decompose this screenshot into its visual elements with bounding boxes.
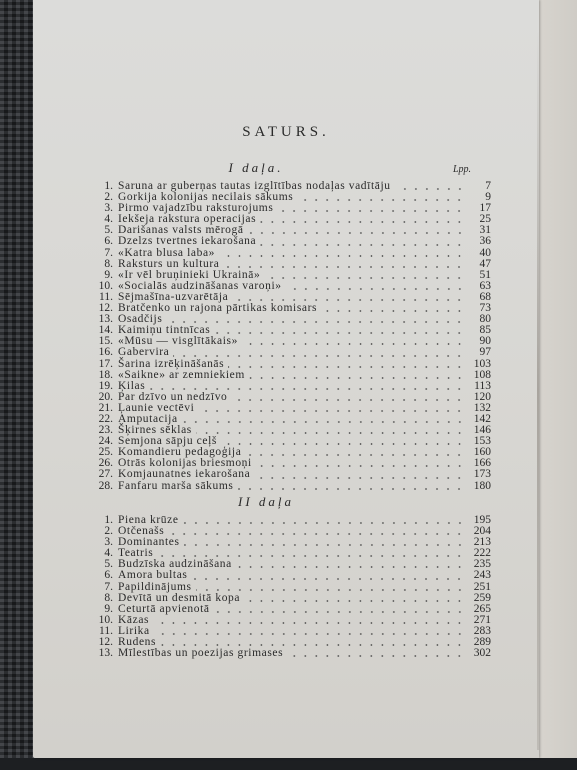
dot-leader	[173, 355, 465, 357]
toc-entry: 10.Kāzas271	[91, 615, 491, 626]
toc-entry: 6.Dzelzs tvertnes iekarošana36	[91, 236, 491, 247]
dot-leader	[168, 533, 465, 535]
dot-leader	[256, 465, 465, 467]
dot-leader	[154, 633, 465, 635]
dot-leader	[286, 288, 465, 290]
toc-entry: 6.Amora bultas243	[91, 570, 491, 581]
dot-leader	[221, 443, 465, 445]
dot-leader	[157, 555, 465, 557]
dot-leader	[244, 600, 465, 602]
dot-leader	[277, 210, 465, 212]
entry-number: 13.	[91, 648, 118, 659]
entry-title: «Katra blusa laba»	[118, 248, 215, 259]
entry-number: 6.	[91, 570, 118, 581]
part-1-toc-list: 1.Saruna ar guberņas tautas izglītības n…	[91, 181, 491, 492]
entry-page-number: 302	[469, 648, 491, 659]
entry-title: Fanfaru marša sākums	[118, 481, 233, 492]
dot-leader	[160, 644, 465, 646]
dot-leader	[184, 544, 465, 546]
part-2-heading: II daļa	[13, 494, 519, 510]
dot-leader	[191, 578, 465, 580]
entry-title: Dzelzs tvertnes iekarošana	[118, 236, 256, 247]
dot-leader	[182, 421, 465, 423]
dot-leader	[149, 388, 465, 390]
toc-entry: 17.Šarina izrēķināšanās103	[91, 359, 491, 370]
dot-leader	[236, 566, 465, 568]
dot-leader	[183, 522, 465, 524]
dot-leader	[153, 622, 465, 624]
entry-title: Papildinājums	[118, 582, 192, 593]
dot-leader	[254, 477, 465, 479]
entry-number: 16.	[91, 347, 118, 358]
entry-title: Mīlestības un poezijas grimases	[118, 648, 283, 659]
toc-entry: 13.Mīlestības un poezijas grimases302	[91, 648, 491, 659]
dot-leader	[248, 232, 465, 234]
entry-title: Gabervira	[118, 347, 169, 358]
dot-leader	[214, 332, 465, 334]
entry-page-number: 173	[469, 469, 491, 480]
dot-leader	[166, 321, 465, 323]
entry-number: 7.	[91, 582, 118, 593]
dot-leader	[198, 410, 465, 412]
toc-entry: 18.«Saikne» ar zemniekiem108	[91, 370, 491, 381]
page-column-label: Lpp.	[453, 164, 471, 175]
entry-page-number: 243	[469, 570, 491, 581]
dot-leader	[264, 277, 465, 279]
entry-page-number: 251	[469, 582, 491, 593]
dot-leader	[196, 589, 465, 591]
toc-entry: 27.Komjaunatnes iekarošana173	[91, 469, 491, 480]
dot-leader	[219, 255, 465, 257]
dot-leader	[245, 454, 465, 456]
entry-title: Amora bultas	[118, 570, 187, 581]
entry-page-number: 36	[469, 236, 491, 247]
page-title: SATURS.	[33, 124, 539, 141]
entry-number: 27.	[91, 469, 118, 480]
dot-leader	[297, 199, 465, 201]
dot-leader	[287, 655, 465, 657]
dot-leader	[249, 377, 465, 379]
dot-leader	[223, 266, 465, 268]
dot-leader	[196, 432, 465, 434]
dot-leader	[260, 221, 465, 223]
book-page: SATURS. I daļa. Lpp. 1.Saruna ar guberņa…	[33, 0, 539, 758]
entry-title: Komjaunatnes iekarošana	[118, 469, 250, 480]
toc-entry: 16.Gabervira97	[91, 347, 491, 358]
dot-leader	[231, 399, 465, 401]
dot-leader	[232, 299, 465, 301]
entry-title: Šarina izrēķināšanās	[118, 359, 224, 370]
entry-number: 28.	[91, 481, 118, 492]
dot-leader	[237, 488, 465, 490]
dot-leader	[242, 343, 465, 345]
part-2-toc-list: 1.Piena krūze1952.Otčenašs2043.Dominante…	[91, 515, 491, 659]
entry-number: 17.	[91, 359, 118, 370]
entry-page-number: 103	[469, 359, 491, 370]
toc-entry: 28.Fanfaru marša sākums180	[91, 481, 491, 492]
entry-page-number: 40	[469, 248, 491, 259]
dot-leader	[260, 244, 465, 246]
dot-leader	[395, 188, 465, 190]
toc-entry: 7.«Katra blusa laba»40	[91, 248, 491, 259]
book-cover-bottom	[0, 758, 577, 770]
entry-number: 7.	[91, 248, 118, 259]
dot-leader	[228, 366, 465, 368]
dot-leader	[321, 310, 465, 312]
toc-entry: 9.Ceturtā apvienotā265	[91, 604, 491, 615]
entry-page-number: 180	[469, 481, 491, 492]
part-1-heading: I daļa.	[3, 160, 509, 176]
entry-page-number: 97	[469, 347, 491, 358]
entry-number: 6.	[91, 236, 118, 247]
dot-leader	[214, 611, 465, 613]
toc-entry: 7.Papildinājums251	[91, 582, 491, 593]
